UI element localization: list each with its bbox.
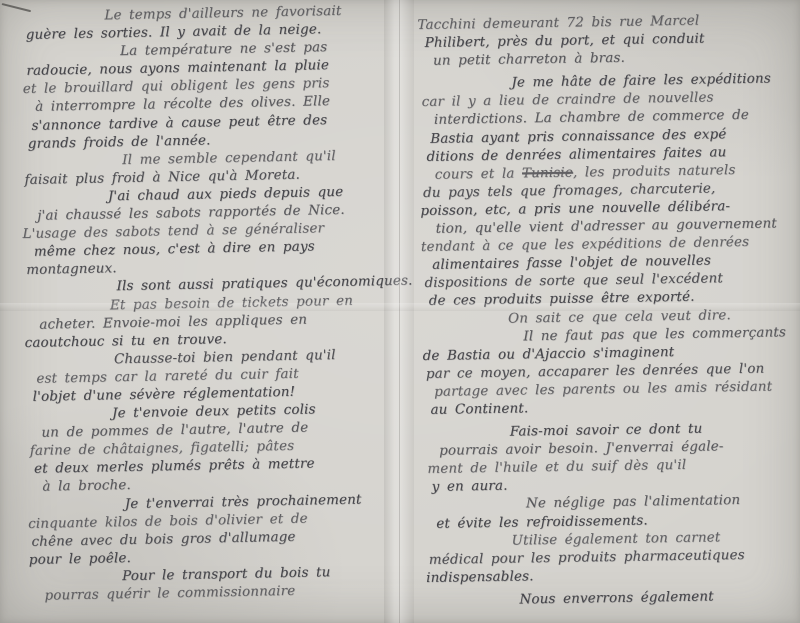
right-page-text: Tacchini demeurant 72 bis rue MarcelPhil… <box>417 11 794 611</box>
handwritten-line: Nous enverrons également <box>433 587 794 611</box>
left-page-text: Le temps d'ailleurs ne favorisaitguère l… <box>18 2 395 606</box>
line-text: cours et la <box>435 166 522 182</box>
line-text: , les produits naturels <box>573 163 736 181</box>
page-right-leaf: Tacchini demeurant 72 bis rue MarcelPhil… <box>404 0 800 623</box>
page-left-leaf: Le temps d'ailleurs ne favorisaitguère l… <box>0 0 396 623</box>
letter-photo: Le temps d'ailleurs ne favorisaitguère l… <box>0 0 800 623</box>
struck-out-word: Tunisie <box>522 165 573 181</box>
